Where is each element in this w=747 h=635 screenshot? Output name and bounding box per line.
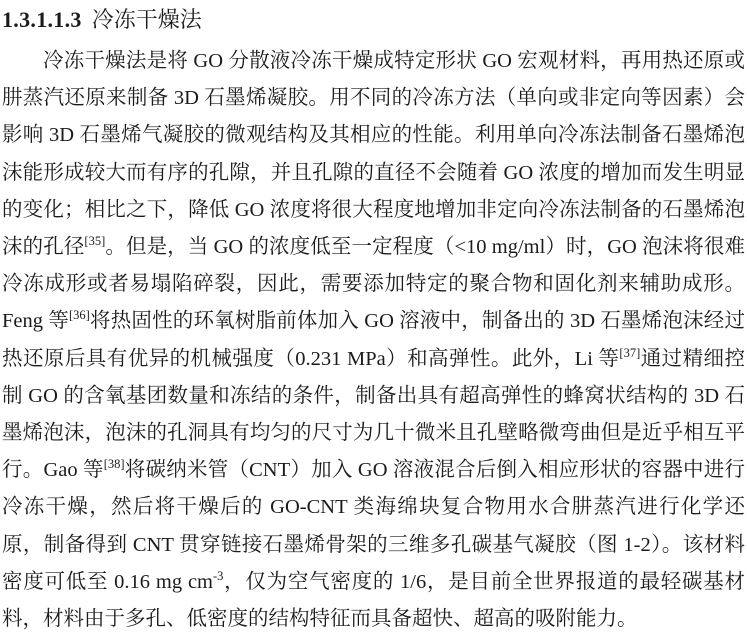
section-title: 冷冻干燥法	[92, 7, 202, 32]
citation-superscript: [37]	[619, 346, 640, 360]
citation-superscript: [36]	[69, 309, 90, 323]
thesis-page: 1.3.1.1.3冷冻干燥法 冷冻干燥法是将 GO 分散液冷冻干燥成特定形状 G…	[0, 0, 747, 635]
body-paragraph: 冷冻干燥法是将 GO 分散液冷冻干燥成特定形状 GO 宏观材料，再用热还原或肼蒸…	[2, 43, 745, 635]
section-number: 1.3.1.1.3	[2, 7, 82, 32]
paragraph-text-run: 冷冻干燥法是将 GO 分散液冷冻干燥成特定形状 GO 宏观材料，再用热还原或肼蒸…	[2, 50, 745, 258]
citation-superscript: [38]	[104, 457, 125, 471]
citation-superscript: [35]	[84, 234, 105, 248]
citation-superscript: -3	[213, 569, 223, 583]
section-heading: 1.3.1.1.3冷冻干燥法	[2, 5, 745, 35]
paragraph-text-run: 将热固性的环氧树脂前体加入 GO 溶液中，制备出的 3D 石墨烯泡沫经过热还原后…	[2, 310, 745, 369]
